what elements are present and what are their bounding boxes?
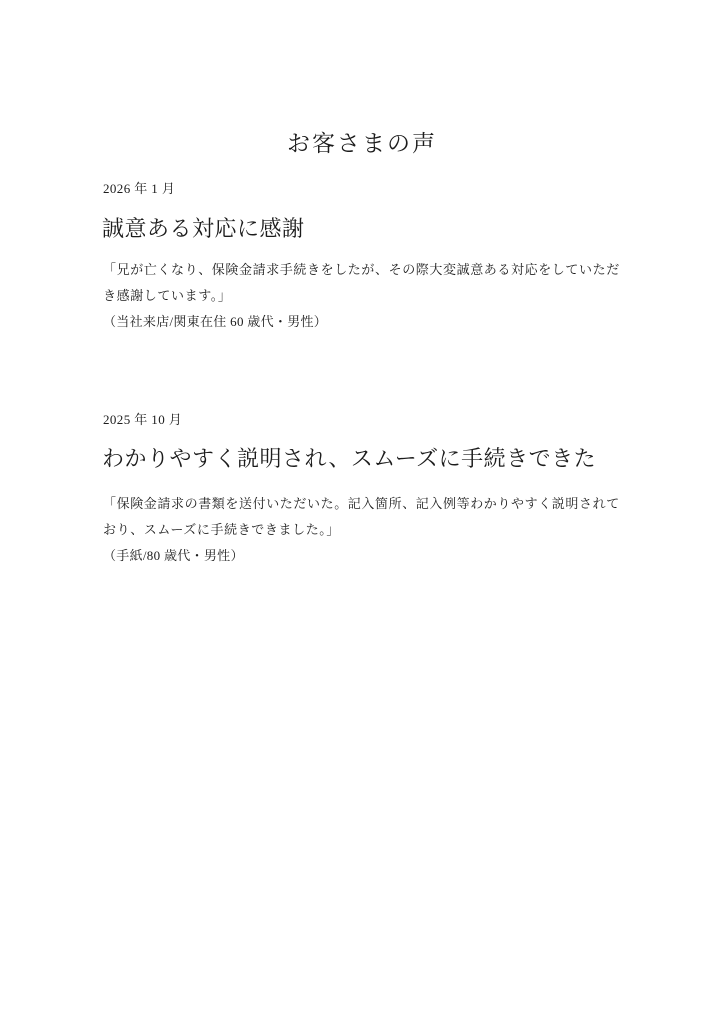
quote-line: き感謝しています。」	[103, 283, 648, 309]
entry-heading: 誠意ある対応に感謝	[102, 212, 305, 243]
entry-date: 2026 年 1 月	[103, 178, 175, 197]
quote-line: 「保険金請求の書類を送付いただいた。記入箇所、記入例等わかりやすく説明されて	[103, 491, 648, 517]
quote-attribution: （当社来店/関東在住 60 歳代・男性）	[103, 309, 648, 335]
quote-paragraph: 「保険金請求の書類を送付いただいた。記入箇所、記入例等わかりやすく説明されて お…	[103, 491, 648, 569]
quote-line: おり、スムーズに手続きできました。」	[103, 517, 648, 543]
page-title: お客さまの声	[0, 125, 724, 158]
quote-attribution: （手紙/80 歳代・男性）	[103, 543, 648, 569]
entry-heading: わかりやすく説明され、スムーズに手続きできた	[102, 442, 596, 473]
document-page: お客さまの声 2026 年 1 月 誠意ある対応に感謝 「兄が亡くなり、保険金請…	[0, 0, 724, 1024]
quote-line: 「兄が亡くなり、保険金請求手続きをしたが、その際大変誠意ある対応をしていただ	[103, 257, 648, 283]
quote-paragraph: 「兄が亡くなり、保険金請求手続きをしたが、その際大変誠意ある対応をしていただ き…	[103, 257, 648, 335]
entry-date: 2025 年 10 月	[103, 409, 182, 428]
